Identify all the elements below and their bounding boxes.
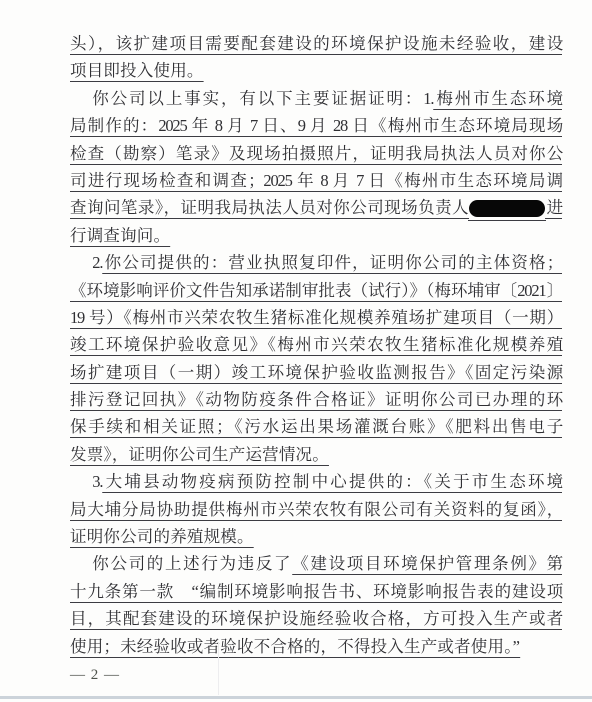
underlined-text: 项目即投入使用。 (70, 61, 204, 80)
underlined-text: 排污登记回执》《动物防疫条件合格证》证明你公司已办理的环 (70, 390, 562, 409)
plain-text: 2. (92, 253, 102, 272)
underlined-text: 竣工环境保护验收意见》《梅州市兴荣农牧生猪标准化规模养殖 (70, 335, 562, 354)
text-line-19: 证明你公司的养殖规模。 (70, 523, 562, 550)
underlined-text: 进 (545, 198, 562, 217)
underlined-text: 发票》，证明你公司生产运营情况。 (70, 445, 329, 464)
underlined-text: 查询问笔录》，证明我局执法人员对你公司现场负责人 (70, 198, 469, 217)
scan-crease-mark (218, 643, 219, 695)
underlined-text: 行调查询问。 (70, 226, 170, 245)
page-number: — 2 — (70, 667, 120, 684)
underlined-text: 场扩建项目（一期）竣工环境保护验收监测报告》《固定污染源 (70, 363, 562, 382)
text-line-9: 2.你公司提供的：营业执照复印件，证明你公司的主体资格； (70, 249, 562, 276)
underlined-text: 大埔县动物疫病预防控制中心提供的：《关于市生态环境 (102, 472, 562, 491)
scanned-document-page: 头），该扩建项目需要配套建设的环境保护设施未经验收，建设项目即投入使用。你公司以… (0, 0, 592, 702)
text-line-17: 3.大埔县动物疫病预防控制中心提供的：《关于市生态环境 (70, 468, 562, 495)
plain-text: 你公司的上述行为违反了 (92, 554, 292, 573)
text-line-13: 场扩建项目（一期）竣工环境保护验收监测报告》《固定污染源 (70, 359, 562, 386)
text-line-8: 行调查询问。 (70, 222, 562, 249)
plain-text: 3. (92, 472, 102, 491)
text-line-21: 十九条第一款 “编制环境影响报告书、环境影响报告表的建设项 (70, 578, 562, 605)
text-line-11: 19 号）《梅州市兴荣农牧生猪标准化规模养殖场扩建项目（一期） (70, 304, 562, 331)
scan-bottom-edge-line (0, 696, 592, 699)
underlined-text: 检查（勘察）笔录》及现场拍摄照片，证明我局执法人员对你公 (70, 144, 562, 163)
text-line-12: 竣工环境保护验收意见》《梅州市兴荣农牧生猪标准化规模养殖 (70, 331, 562, 358)
underlined-text: 使用；未经验收或者验收不合格的，不得投入生产或者使用。” (70, 637, 520, 656)
text-line-20: 你公司的上述行为违反了《建设项目环境保护管理条例》第 (70, 550, 562, 577)
text-line-14: 排污登记回执》《动物防疫条件合格证》证明你公司已办理的环 (70, 386, 562, 413)
text-line-16: 发票》，证明你公司生产运营情况。 (70, 441, 562, 468)
text-line-18: 局大埔分局协助提供梅州市兴荣农牧有限公司有关资料的复函》， (70, 496, 562, 523)
underlined-text: 证明你公司的养殖规模。 (70, 527, 254, 546)
text-line-4: 局制作的：2025 年 8 月 7 日、9 月 28 日《梅州市生态环境局现场 (70, 112, 562, 139)
underlined-text: 局制作的：2025 年 8 月 7 日、9 月 28 日《梅州市生态环境局现场 (70, 116, 562, 135)
text-line-23: 使用；未经验收或者验收不合格的，不得投入生产或者使用。” (70, 633, 562, 660)
underlined-text: 《建设项目环境保护管理条例》第 (292, 554, 562, 573)
underlined-text: 司进行现场检查和调查；2025 年 8 月 7 日《梅州市生态环境局调 (70, 171, 562, 190)
underlined-text: 头），该扩建项目需要配套建设的环境保护设施未经验收，建设 (70, 34, 562, 53)
text-line-2: 项目即投入使用。 (70, 57, 562, 84)
text-line-5: 检查（勘察）笔录》及现场拍摄照片，证明我局执法人员对你公 (70, 140, 562, 167)
underlined-text: 19 号）《梅州市兴荣农牧生猪标准化规模养殖场扩建项目（一期） (70, 308, 562, 327)
text-line-6: 司进行现场检查和调查；2025 年 8 月 7 日《梅州市生态环境局调 (70, 167, 562, 194)
text-line-15: 保手续和相关证照；《污水运出果场灌溉台账》《肥料出售电子 (70, 413, 562, 440)
underlined-text: 保手续和相关证照；《污水运出果场灌溉台账》《肥料出售电子 (70, 417, 562, 436)
underlined-text: 梅州市生态环境 (433, 89, 562, 108)
underlined-text: 你公司提供的：营业执照复印件，证明你公司的主体资格； (102, 253, 562, 272)
text-line-3: 你公司以上事实，有以下主要证据证明：1.梅州市生态环境 (70, 85, 562, 112)
text-line-1: 头），该扩建项目需要配套建设的环境保护设施未经验收，建设 (70, 30, 562, 57)
document-body: 头），该扩建项目需要配套建设的环境保护设施未经验收，建设项目即投入使用。你公司以… (70, 30, 562, 660)
text-line-22: 目，其配套建设的环境保护设施经验收合格，方可投入生产或者 (70, 605, 562, 632)
text-line-10: 《环境影响评价文件告知承诺制审批表（试行）》（梅环埔审〔2021〕 (70, 277, 562, 304)
plain-text: 你公司以上事实，有以下主要证据证明：1. (92, 89, 433, 108)
underlined-text: 局大埔分局协助提供梅州市兴荣农牧有限公司有关资料的复函》， (70, 500, 562, 519)
underlined-text: 十九条第一款 “编制环境影响报告书、环境影响报告表的建设项 (70, 582, 562, 601)
redaction-mark (469, 200, 545, 217)
text-line-7: 查询问笔录》，证明我局执法人员对你公司现场负责人进 (70, 194, 562, 221)
underlined-text: 《环境影响评价文件告知承诺制审批表（试行）》（梅环埔审〔2021〕 (70, 281, 562, 300)
underlined-text: 目，其配套建设的环境保护设施经验收合格，方可投入生产或者 (70, 609, 562, 628)
